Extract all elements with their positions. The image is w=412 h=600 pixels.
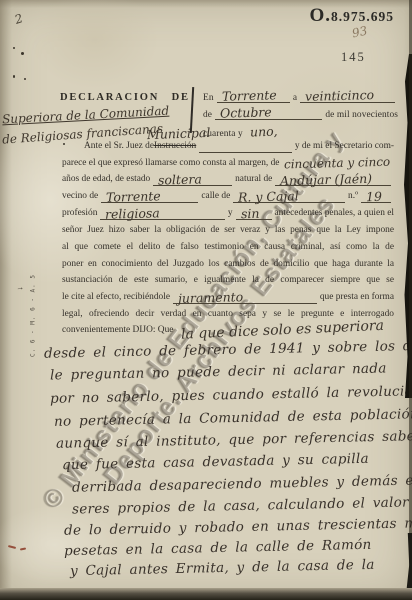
- dateline-row-month: de Octubre de mil novecientos: [203, 107, 398, 120]
- month-handwritten: Octubre: [220, 104, 272, 120]
- typed-line: profesión religiosa y sin antecedentes p…: [62, 207, 394, 220]
- judge-type-blank: Municipal: [199, 140, 292, 153]
- handwritten-line: aunque sí al instituto, que por referenc…: [56, 428, 412, 452]
- handwritten-line: no pertenecía a la Comunidad de esta pob…: [54, 406, 412, 430]
- judge-type-handwritten: Municipal: [147, 126, 211, 141]
- antecedentes-handwritten: sin: [240, 207, 259, 220]
- typed-line: señor Juez hizo saber la obligación de s…: [62, 224, 394, 237]
- month-blank: Octubre: [215, 107, 322, 120]
- scan-dark-band-bottom: [0, 588, 412, 600]
- typed-line: Ante el Sr. Juez de Instrucción Municipa…: [62, 140, 394, 153]
- handwritten-line: seres propios de la casa, calculando el …: [72, 494, 409, 517]
- typed-text: parece el que expresó llamarse como cons…: [62, 157, 279, 170]
- estado-handwritten: soltera: [158, 172, 202, 186]
- typed-text: vecino de: [62, 190, 98, 203]
- margin-pen-mark: →: [15, 282, 24, 292]
- page-left-edge-shadow: [0, 0, 12, 600]
- juramento-blank: juramento: [173, 291, 317, 304]
- age-handwritten: cincuenta y cinco: [284, 156, 394, 172]
- dateline-en-label: En: [203, 93, 214, 103]
- folio-number: 145: [341, 50, 366, 65]
- typed-text: y: [228, 207, 233, 220]
- typed-text: calle de: [201, 190, 230, 203]
- ink-speck: [24, 78, 26, 80]
- struck-word: Instrucción: [154, 140, 196, 153]
- document-reference-stamp: O.8.975.695: [296, 5, 394, 27]
- day-blank: veinticinco: [300, 90, 395, 103]
- typed-text: y de mi el Secretario com-: [295, 140, 394, 153]
- place-handwritten: Torrente: [221, 87, 276, 103]
- typed-text: le cite al efecto, recibiéndole: [62, 291, 170, 304]
- profesion-blank: religiosa: [100, 207, 224, 220]
- typed-text: antecedentes penales, a quien el: [275, 207, 394, 220]
- dateline-de-label: de: [203, 110, 212, 120]
- typed-line: sustanciación de este sumario, e igualme…: [62, 274, 394, 287]
- handwritten-line: de lo derruido y robado en unas trescien…: [64, 515, 412, 539]
- typed-line: parece el que expresó llamarse como cons…: [62, 157, 394, 170]
- profesion-handwritten: religiosa: [105, 206, 160, 220]
- margin-form-code: C. 6 - M. 6 - A. 5: [30, 274, 37, 358]
- typed-text: n.º: [348, 190, 358, 203]
- estado-blank: soltera: [153, 173, 232, 186]
- place-blank: Torrente: [217, 90, 290, 103]
- vecino-blank: Torrente: [101, 190, 198, 203]
- year-handwritten: uno,: [250, 124, 278, 140]
- ink-speck: [13, 75, 15, 78]
- dateline-a-label: a: [293, 93, 297, 103]
- dateline-year-text: de mil novecientos: [325, 110, 398, 120]
- typed-line: poner en conocimiento del Juzgado los ca…: [62, 258, 394, 271]
- calle-blank: R. y Cajal: [233, 190, 345, 203]
- typed-line: años de edad, de estado soltera natural …: [62, 173, 394, 186]
- dateline-row-year: cuarenta y uno,: [203, 124, 398, 139]
- day-handwritten: veinticinco: [305, 87, 374, 104]
- typed-text: convenientemente DIJO: Que: [62, 324, 173, 337]
- handwritten-line: que fue esta casa devastada y su capilla: [62, 451, 369, 473]
- ink-speck: [13, 47, 15, 49]
- handwritten-line: derribada desapareciendo muebles y demás…: [72, 472, 412, 495]
- page-title: DECLARACION DE: [60, 92, 190, 103]
- typed-line: vecino de Torrente calle de R. y Cajal n…: [62, 190, 394, 203]
- red-pen-mark: [20, 547, 26, 550]
- paper-stain: [30, 0, 160, 90]
- typed-text: años de edad, de estado: [62, 173, 150, 186]
- typed-text: Ante el Sr. Juez de: [84, 140, 154, 153]
- typed-text: natural de: [235, 173, 272, 186]
- numero-handwritten: 19: [366, 190, 382, 203]
- natural-blank: Andújar (Jaén): [275, 173, 391, 186]
- antecedentes-blank: sin: [236, 207, 272, 220]
- handwritten-line: y Cajal antes Ermita, y de la casa de la: [70, 557, 375, 579]
- typed-line: convenientemente DIJO: Que la que dice s…: [62, 324, 394, 337]
- corner-pen-mark: 2: [13, 11, 25, 27]
- handwritten-line: por no saberlo, pues cuando estalló la r…: [50, 383, 412, 407]
- typed-line: al que comete el delito de falso testimo…: [62, 241, 394, 254]
- handwritten-annotation: 93: [351, 24, 369, 41]
- typed-text: profesión: [62, 207, 97, 220]
- natural-handwritten: Andújar (Jaén): [280, 172, 372, 187]
- calle-handwritten: R. y Cajal: [238, 189, 299, 204]
- juramento-handwritten: juramento: [178, 290, 244, 305]
- typed-text: que presta en forma: [320, 291, 394, 304]
- handwritten-line: le preguntan no puede decir ni aclarar n…: [50, 360, 387, 383]
- numero-blank: 19: [361, 190, 391, 203]
- scanned-document-page: © Ministerio de Educación, Cultura y Dep…: [0, 0, 412, 600]
- handwritten-line: pesetas en la casa de la calle de Ramón: [64, 537, 372, 559]
- dateline-row-place: En Torrente a veinticinco: [203, 90, 398, 103]
- typed-line: le cite al efecto, recibiéndole jurament…: [62, 291, 394, 304]
- vecino-handwritten: Torrente: [106, 189, 161, 203]
- ink-speck: [21, 52, 24, 55]
